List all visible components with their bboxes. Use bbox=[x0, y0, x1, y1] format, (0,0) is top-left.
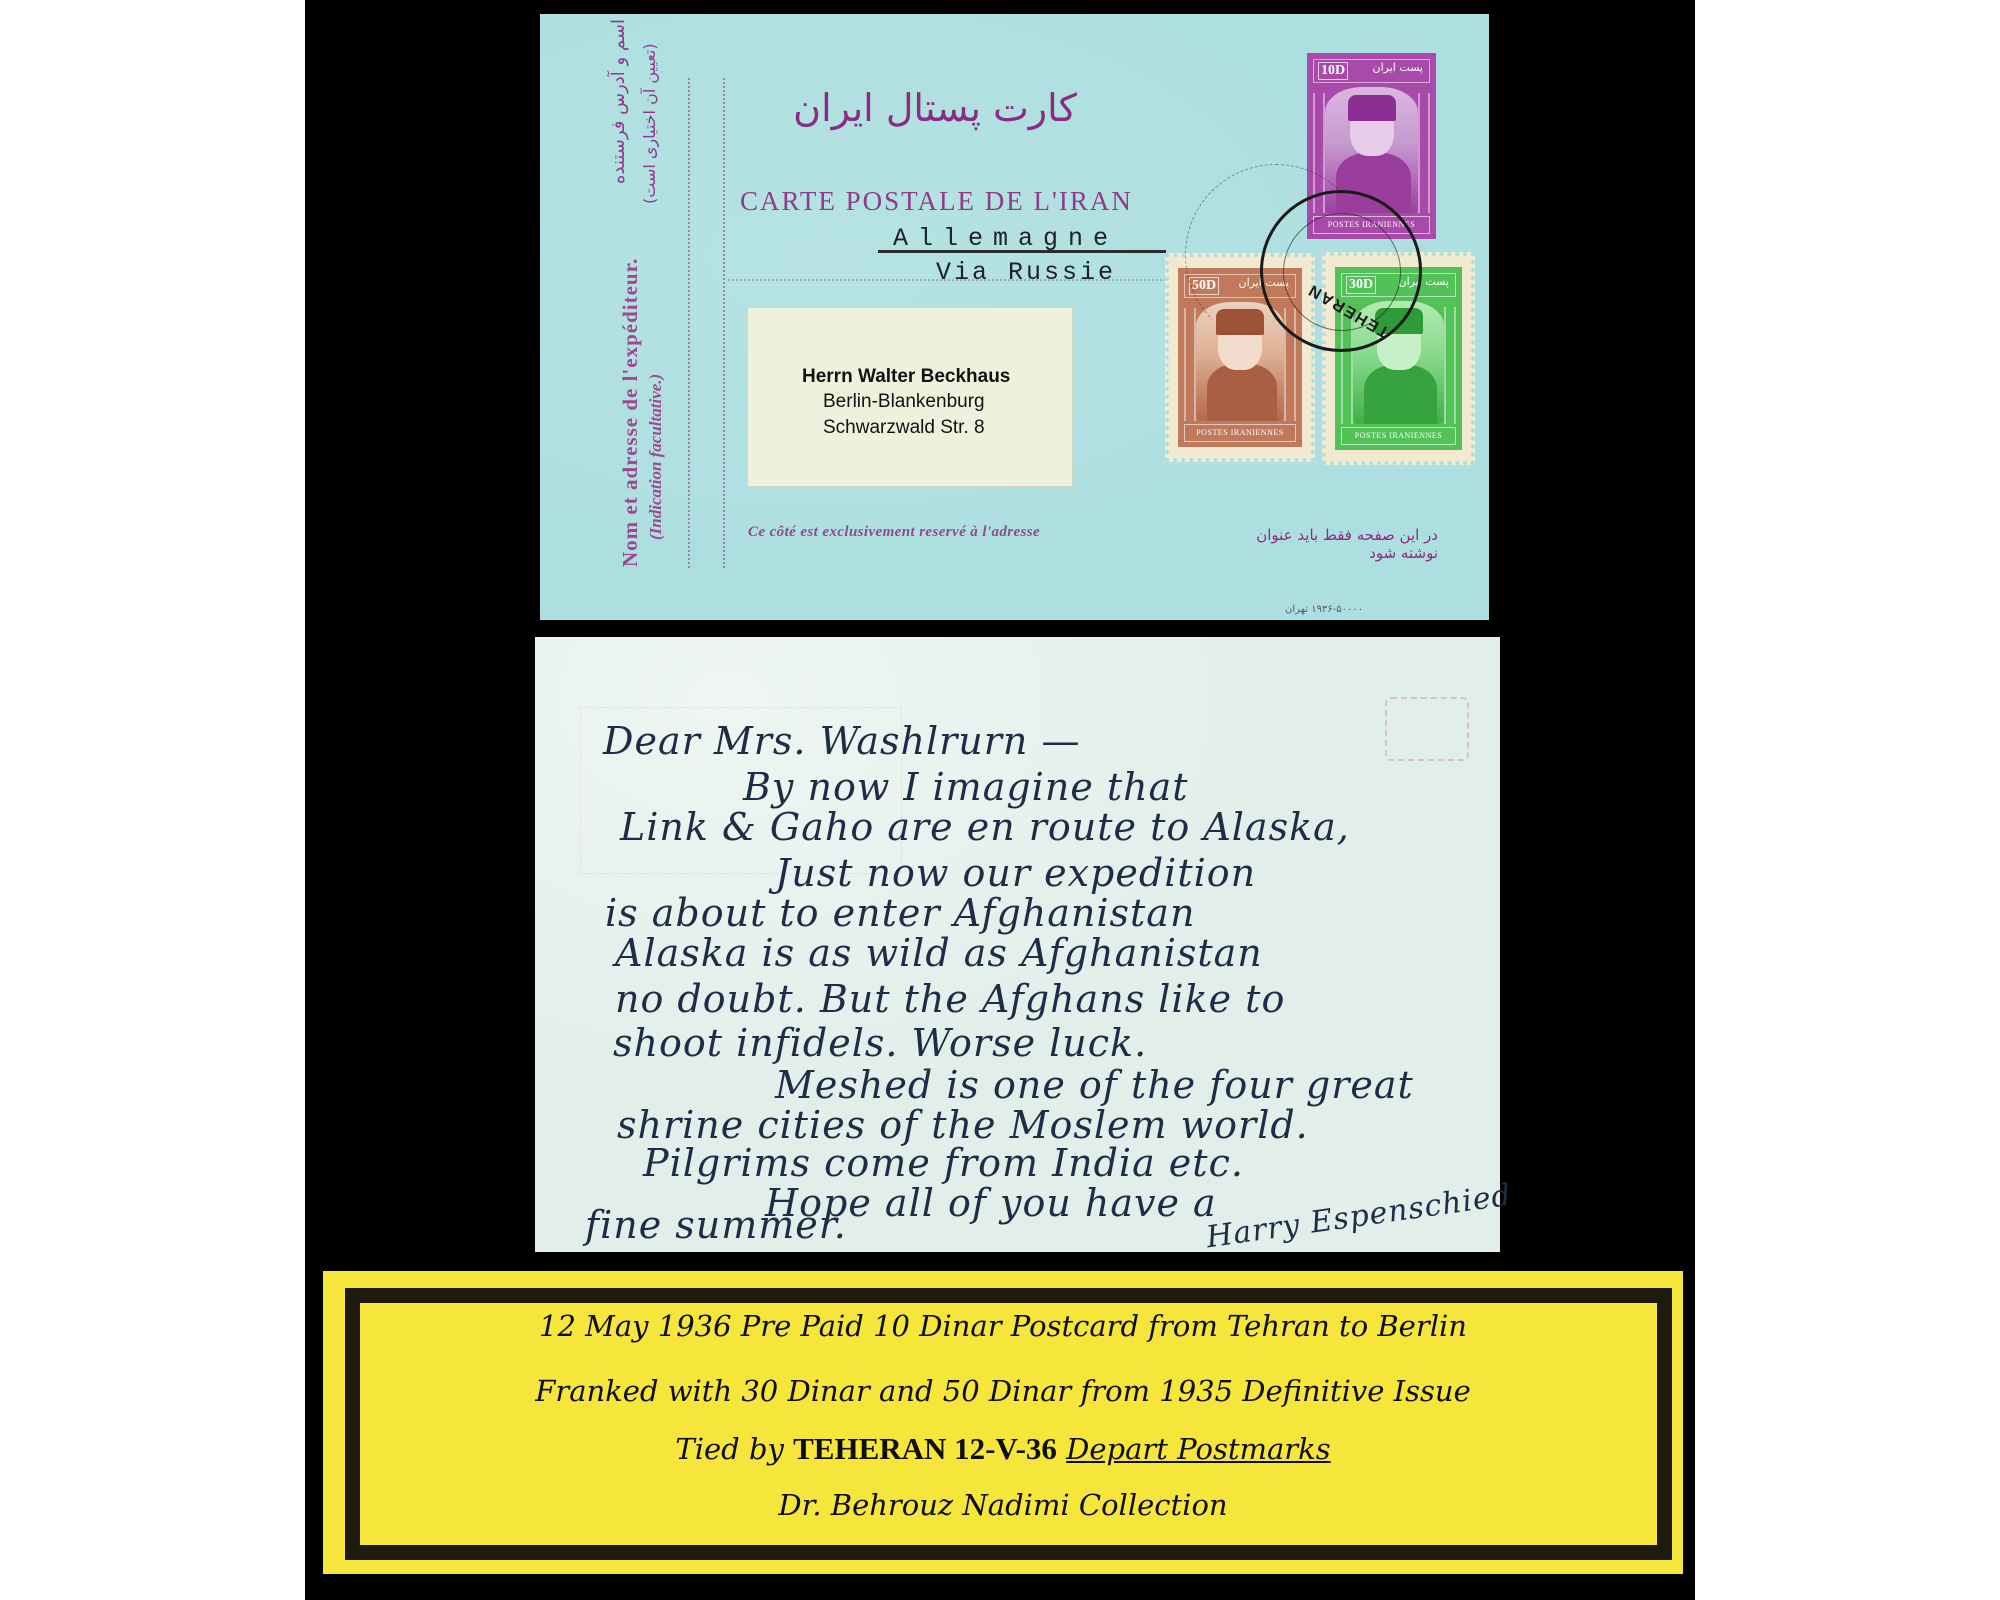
address-label: Herrn Walter Beckhaus Berlin-Blankenburg… bbox=[747, 307, 1073, 487]
postcard-front: اسم و آدرس فرستنده (تعیین آن اختیاری است… bbox=[540, 14, 1489, 620]
stamp-header: 10D پست ایران bbox=[1313, 59, 1430, 83]
sender-label: Nom et adresse de l'expéditeur. bbox=[618, 258, 643, 567]
sender-label-note: (Indication facultative.) bbox=[646, 374, 666, 540]
letter-line: Just now our expedition bbox=[775, 851, 1256, 895]
letter-line: no doubt. But the Afghans like to bbox=[615, 977, 1285, 1021]
destination-underline bbox=[878, 250, 1166, 253]
sender-label-persian: اسم و آدرس فرستنده bbox=[608, 19, 629, 184]
title-persian: کارت پستال ایران bbox=[755, 86, 1115, 130]
letter-line: Alaska is as wild as Afghanistan bbox=[615, 931, 1263, 975]
print-code: ۱۹۳۶-۵۰۰۰۰ تهران bbox=[1285, 604, 1363, 615]
destination-country: Allemagne bbox=[893, 224, 1118, 253]
letter-line: is about to enter Afghanistan bbox=[605, 891, 1195, 935]
caption-line-3-prefix: Tied by bbox=[675, 1432, 784, 1466]
letter-line: Link & Gaho are en route to Alaska, bbox=[620, 805, 1350, 849]
caption-postmark-date: TEHERAN 12-V-36 bbox=[793, 1431, 1057, 1466]
footer-note-french: Ce côté est exclusivement reservé à l'ad… bbox=[748, 524, 1040, 541]
letter-signature: Harry Espenschied bbox=[1204, 1178, 1514, 1256]
collection-caption: 12 May 1936 Pre Paid 10 Dinar Postcard f… bbox=[323, 1271, 1683, 1574]
postcard-back-letter: Dear Mrs. Washlrurn — By now I imagine t… bbox=[535, 637, 1500, 1252]
recipient-street: Schwarzwald Str. 8 bbox=[823, 417, 985, 439]
caption-collection: Dr. Behrouz Nadimi Collection bbox=[323, 1488, 1683, 1522]
recipient-name: Herrn Walter Beckhaus bbox=[802, 366, 1010, 388]
letter-line: Meshed is one of the four great bbox=[775, 1063, 1414, 1107]
caption-line-3: Tied by TEHERAN 12-V-36 Depart Postmarks bbox=[323, 1431, 1683, 1467]
sender-dotted-line-1 bbox=[688, 78, 690, 568]
caption-line-3-suffix: Depart Postmarks bbox=[1066, 1432, 1330, 1466]
letter-line: Dear Mrs. Washlrurn — bbox=[603, 719, 1080, 763]
show-through-mark bbox=[1385, 697, 1469, 761]
stamp-caption: POSTES IRANIENNES bbox=[1341, 427, 1456, 445]
letter-line: Pilgrims come from India etc. bbox=[643, 1141, 1244, 1185]
stamp-persian: پست ایران bbox=[1373, 61, 1424, 74]
caption-line-2: Franked with 30 Dinar and 50 Dinar from … bbox=[323, 1374, 1683, 1408]
column-ornament-icon bbox=[1418, 93, 1430, 213]
postmark-cancel-icon: TEHERAN bbox=[1260, 190, 1422, 352]
sender-dotted-line-2 bbox=[723, 78, 725, 568]
recipient-city: Berlin-Blankenburg bbox=[823, 391, 985, 413]
route-text: Via Russie bbox=[936, 258, 1116, 287]
column-ornament-icon bbox=[1184, 308, 1196, 421]
letter-line: By now I imagine that bbox=[743, 765, 1189, 809]
footer-note-persian: در این صفحه فقط باید عنوان نوشته شود bbox=[1238, 526, 1438, 562]
letter-line: shoot infidels. Worse luck. bbox=[613, 1021, 1147, 1065]
caption-line-1: 12 May 1936 Pre Paid 10 Dinar Postcard f… bbox=[323, 1309, 1683, 1343]
stamp-value: 10D bbox=[1318, 62, 1348, 80]
stamp-caption: POSTES IRANIENNES bbox=[1184, 424, 1296, 442]
sender-label-persian-note: (تعیین آن اختیاری است) bbox=[640, 43, 659, 204]
title-french: CARTE POSTALE DE L'IRAN bbox=[740, 186, 1133, 217]
letter-line: fine summer. bbox=[585, 1203, 847, 1247]
column-ornament-icon bbox=[1444, 307, 1456, 424]
